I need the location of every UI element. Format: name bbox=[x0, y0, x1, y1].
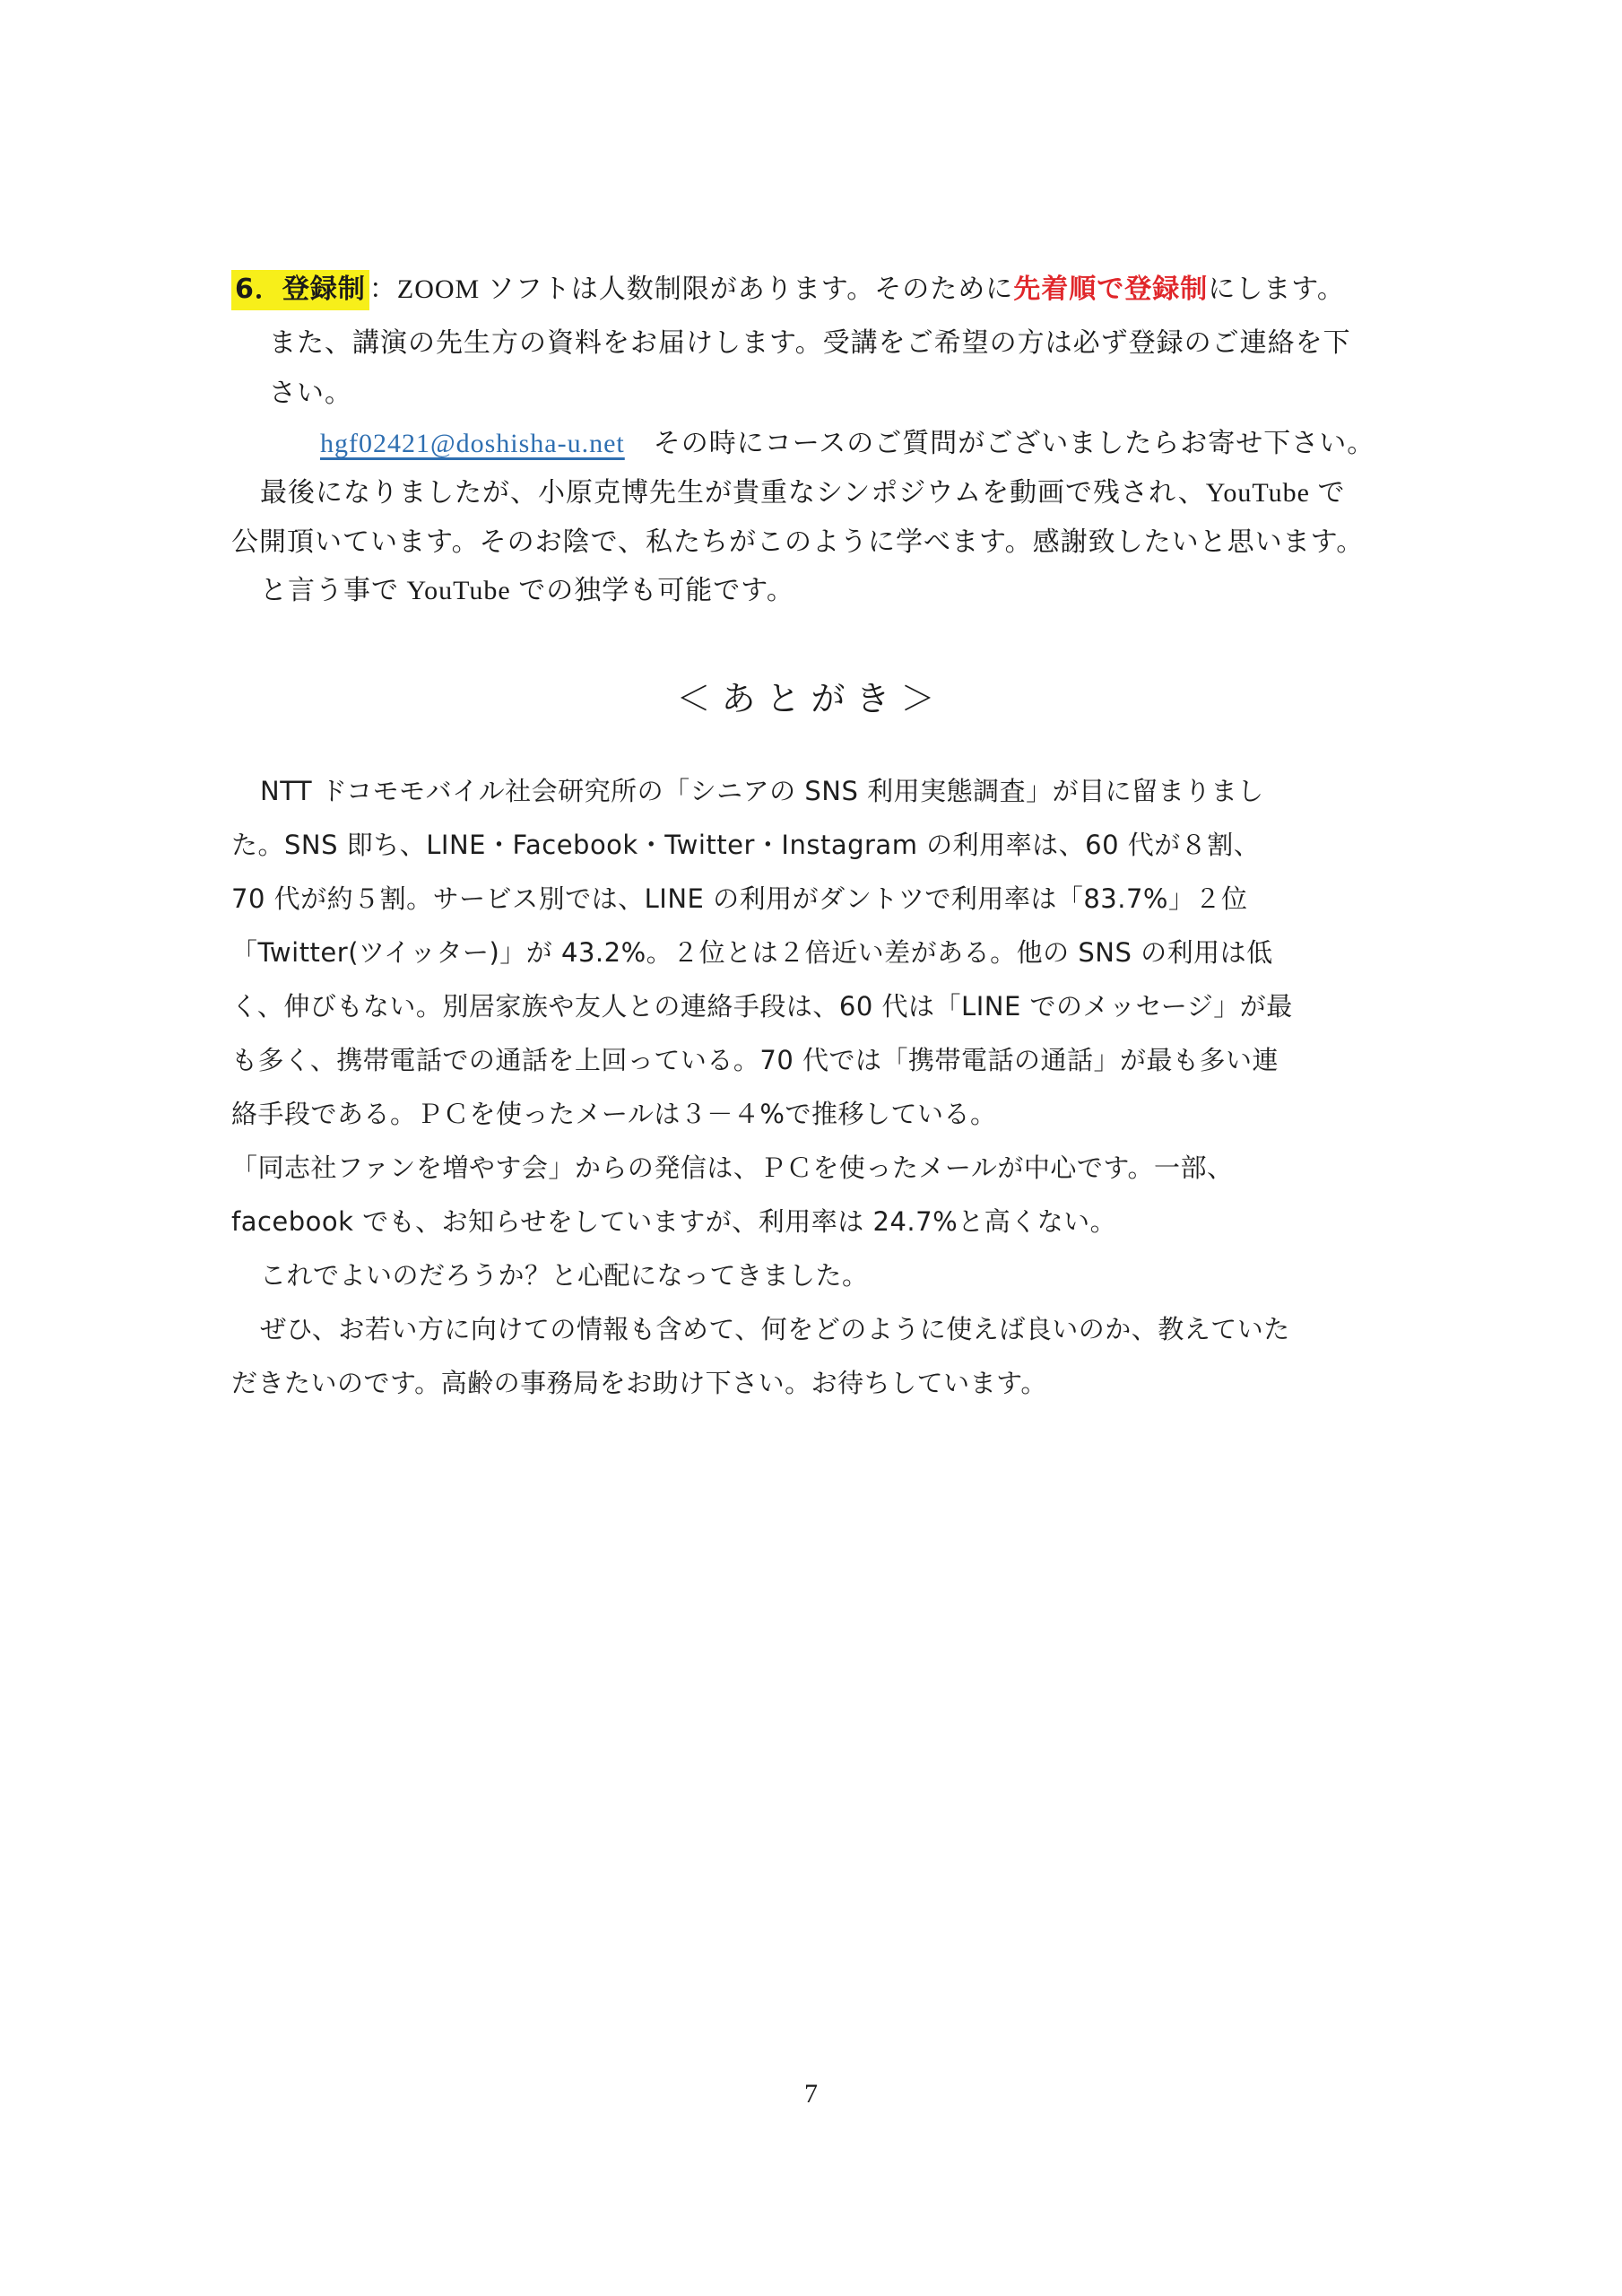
registration-emphasis: 先着順で登録制 bbox=[1013, 274, 1208, 305]
section6-line2: また、講演の先生方の資料をお届けします。受講をご希望の方は必ず登録のご連絡を下 bbox=[269, 330, 1351, 357]
document-page: 6．登録制：ZOOM ソフトは人数制限があります。そのために先着順で登録制にしま… bbox=[0, 0, 1622, 2296]
section6-line3: さい。 bbox=[269, 380, 352, 407]
section6-line1-end: にします。 bbox=[1208, 274, 1345, 304]
afterword-line: ぜひ、お若い方に向けての情報も含めて、何をどのように使えば良いのか、教えていた bbox=[260, 1317, 1290, 1343]
afterword-heading: ＜あとがき＞ bbox=[0, 671, 1622, 720]
section6-line1: 6．登録制：ZOOM ソフトは人数制限があります。そのために先着順で登録制にしま… bbox=[235, 276, 1345, 303]
afterword-line: だきたいのです。高齢の事務局をお助け下さい。お待ちしています。 bbox=[231, 1370, 1047, 1396]
afterword-line: も多く、携帯電話での通話を上回っている。70 代では「携帯電話の通話」が最も多い… bbox=[231, 1048, 1279, 1074]
afterword-line: た。SNS 即ち、LINE・Facebook・Twitter・Instagram… bbox=[231, 832, 1260, 858]
section6-email-line: hgf02421@doshisha-u.netその時にコースのご質問がございまし… bbox=[320, 430, 1375, 457]
afterword-line: 「Twitter(ツイッター)」が 43.2%。２位とは２倍近い差がある。他の … bbox=[231, 940, 1273, 966]
section6-heading-highlight: 6．登録制 bbox=[231, 270, 369, 310]
afterword-line: facebook でも、お知らせをしていますが、利用率は 24.7%と高くない。 bbox=[231, 1209, 1116, 1235]
email-link[interactable]: hgf02421@doshisha-u.net bbox=[320, 429, 625, 458]
section6-line6: 公開頂いています。そのお陰で、私たちがこのように学べます。感謝致したいと思います… bbox=[231, 529, 1364, 556]
afterword-line: 絡手段である。ＰＣを使ったメールは３－４%で推移している。 bbox=[231, 1101, 996, 1127]
section6-number: 6． bbox=[235, 274, 282, 305]
afterword-line: これでよいのだろうか？と心配になってきました。 bbox=[260, 1263, 869, 1289]
section6-line7: と言う事で YouTube での独学も可能です。 bbox=[260, 578, 794, 604]
section6-line1-text: ：ZOOM ソフトは人数制限があります。そのために bbox=[369, 274, 1013, 304]
section6-line5: 最後になりましたが、小原克博先生が貴重なシンポジウムを動画で残され、YouTub… bbox=[260, 480, 1346, 507]
afterword-line: く、伸びもない。別居家族や友人との連絡手段は、60 代は「LINE でのメッセー… bbox=[231, 994, 1293, 1020]
afterword-line: NTT ドコモモバイル社会研究所の「シニアの SNS 利用実態調査」が目に留まり… bbox=[260, 778, 1264, 804]
page-number: 7 bbox=[0, 2079, 1622, 2109]
afterword-line: 「同志社ファンを増やす会」からの発信は、ＰＣを使ったメールが中心です。一部、 bbox=[231, 1155, 1234, 1181]
email-trailing-text: その時にコースのご質問がございましたらお寄せ下さい。 bbox=[654, 429, 1375, 458]
afterword-line: 70 代が約５割。サービス別では、LINE の利用がダントツで利用率は「83.7… bbox=[231, 886, 1247, 912]
section6-title: 登録制 bbox=[282, 274, 366, 305]
